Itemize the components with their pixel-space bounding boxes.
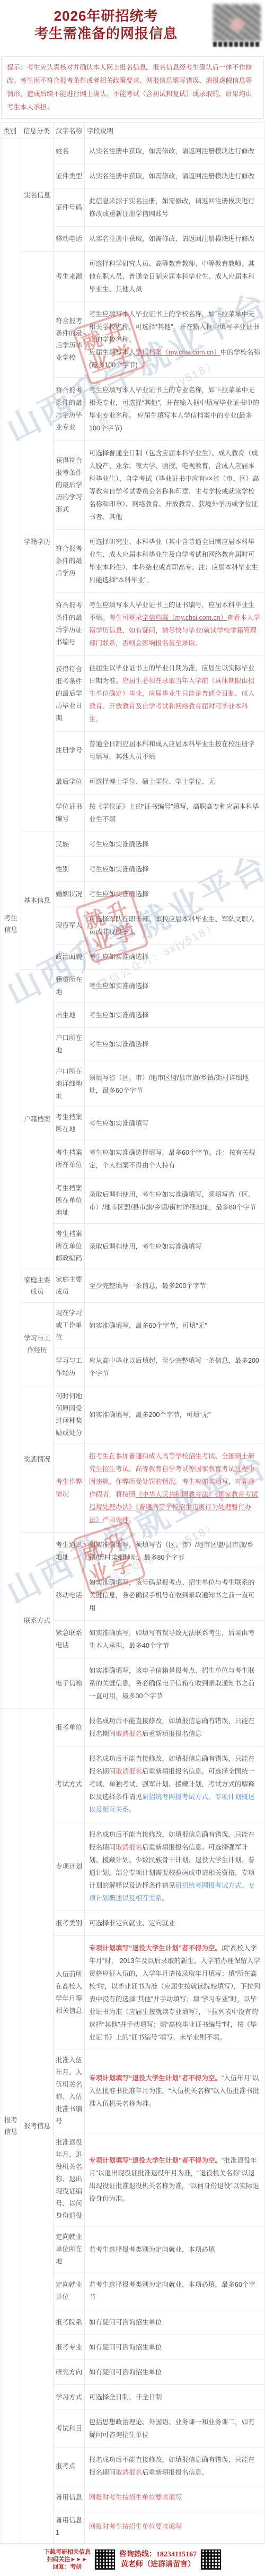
- field-desc-cell: 至少完整填写一条信息，最多200个字节: [85, 1269, 265, 1303]
- field-name-cell: 符合报考条件的最后学历毕业专业: [54, 378, 85, 441]
- text-segment: 录取后调档使用，考生应如实准确填写，须填写省（区、市）/地市区盟/县市旗/乡镇/…: [89, 1191, 256, 1211]
- field-desc-cell: 如实准确填写，该电子信箱是报考点、招生单位与考生联系的关键信息，务必确保电子信箱…: [85, 1658, 265, 1709]
- field-name-cell: 批准退役年月、退役机关名称、退出现役证编号、以何身份退役: [54, 2132, 85, 2227]
- group-cell: 学籍学历: [21, 252, 54, 832]
- field-name-cell: 专项计划: [54, 1822, 85, 1911]
- field-desc-cell: 从实名注册中获取，如需修改，请返回注册模块进行修改: [85, 227, 265, 252]
- field-desc-cell: 考生应如实准确选择: [85, 945, 265, 970]
- info-table: 类别 信息分类 汉字名称 字段说明 考生信息实名信息姓名从实名注册中获取，如需修…: [1, 122, 265, 2544]
- field-name-cell: 报考院系: [54, 2310, 85, 2335]
- page-header: 2026年研招统考 考生需准备的网报信息: [0, 0, 265, 54]
- text-segment: 如有疑问可咨询招生单位: [89, 2368, 162, 2376]
- field-desc-cell: 包括思想政治理论、外国语、业务课一和业务课二，如有疑问可咨询招生单位: [85, 2410, 265, 2448]
- page-title-line1: 2026年研招统考: [0, 7, 212, 25]
- field-desc-cell: 指考生在参加普通和成人高等学校招生考试、全国硕士研究生招生考试、高等教育自学考试…: [85, 1444, 265, 1533]
- table-row: 奖惩情况何时何地何原因受过何种奖励或处分如实准确填写，最多200个字节，可填“无…: [1, 1386, 265, 1444]
- inline-link[interactable]: 《中华人民共和国教育法》: [136, 1491, 215, 1498]
- field-name-cell: 报考单位: [54, 1709, 85, 1747]
- text-segment: 考生应如实准确填写: [89, 1120, 149, 1127]
- field-name-cell: 移动电话: [54, 227, 85, 252]
- text-segment: 后重新填报报名信息: [142, 1730, 202, 1737]
- field-name-cell: 考生来源: [54, 252, 85, 302]
- field-desc-cell: 考生应如实准确选择: [85, 832, 265, 857]
- group-cell: 联系方式: [21, 1533, 54, 1709]
- field-desc-cell: 如有疑问可咨询招生单位: [85, 2310, 265, 2335]
- text-segment: 考生应填写本人毕业证书上的专业名称，如下拉菜单中无相关专业，可选择“其他”，并在…: [89, 386, 259, 432]
- hotline-text: 咨询热线：18234115167 黄老师（进群请留言）: [119, 2549, 197, 2570]
- table-row: 学习与工作经历现在学习或工作单位如实准确填写，最多60个字节，可填“无”: [1, 1303, 265, 1348]
- text-segment: 考生应如实准确选择: [89, 1041, 149, 1048]
- table-row: 家庭主要成员家庭主要成员至少完整填写一条信息，最多200个字节: [1, 1269, 265, 1303]
- field-name-cell: 电子信箱: [54, 1658, 85, 1709]
- text-segment: 取消报名: [116, 1844, 142, 1851]
- text-segment: 录取后调档使用，考生应如实准确填写: [89, 1243, 202, 1250]
- field-name-cell: 入伍前所在高校入学年月等相关信息: [54, 1936, 85, 2050]
- text-segment: 网报时考生按招生单位要求填写: [89, 2523, 182, 2530]
- text-segment: 。: [162, 1895, 169, 1902]
- text-segment: 按《学位证》上的“证书编号”填写，高职高专和应届本科毕业生不填: [89, 803, 259, 823]
- notice-box: 提示：考生应认真核对并确认本人网上报名信息。报名信息经考生确认后一律不作修改。考…: [1, 56, 264, 119]
- field-name-cell: 考生档案所在单位: [54, 1140, 85, 1178]
- qr-code-contact: [201, 2549, 221, 2570]
- text-segment: 如实准确填写，如填写有误导致无法联系考生，后果由考生本人承担，最多40个字节: [89, 1629, 255, 1649]
- field-desc-cell: 考生应填写本人毕业证书上的学校名称，如下拉菜单中无相关学校名称，可选择“其他”，…: [85, 302, 265, 378]
- field-desc-cell: 报名成功后不能直接修改，如填报信息确有错误，只能在报名期间取消报名后重新填报报名…: [85, 2448, 265, 2485]
- text-segment: 后重新填报报名信息。: [142, 2469, 208, 2476]
- field-desc-cell: 考生应如实准确填写: [85, 1107, 265, 1140]
- field-name-cell: 考生档案所在单位邮政编码: [54, 1224, 85, 1269]
- field-name-cell: 考试科目: [54, 2410, 85, 2448]
- text-segment: 若考生选择报考类别为定向就业，本项必填，最多60个字节: [89, 2281, 255, 2301]
- field-desc-cell: 专项计划填写“退役大学生计划”者不得为空。“批准退役年月”以退出现役证批准退役年…: [85, 2132, 265, 2227]
- field-name-cell: 获得符合报考条件的最后学历的学习形式: [54, 441, 85, 530]
- field-desc-cell: 按《学位证》上的“证书编号”填写，高职高专和应届本科毕业生不填: [85, 794, 265, 832]
- field-desc-cell: 若考生选择报考类别为定向就业，本项必填: [85, 2227, 265, 2272]
- field-name-cell: 证件号码: [54, 189, 85, 227]
- field-desc-cell: 应从高中毕业以后填起，至少完整填写一条信息，最多200个字节: [85, 1348, 265, 1386]
- blurred-qr-photo: [213, 4, 261, 41]
- header-info-class: 信息分类: [21, 123, 54, 139]
- text-segment: 严肃处理。: [102, 1516, 136, 1524]
- page-title-line2: 考生需准备的网报信息: [0, 25, 212, 42]
- text-segment: 考生应如实准确选择: [89, 866, 149, 873]
- text-segment: 取消报名: [116, 2469, 142, 2476]
- field-name-cell: 报考点: [54, 2448, 85, 2485]
- field-desc-cell: 如实准确填写，最多200个字节，可填“无”: [85, 1386, 265, 1444]
- field-name-cell: 家庭主要成员: [54, 1269, 85, 1303]
- text-segment: 至少完整填写一条信息，最多200个字节: [89, 1282, 206, 1290]
- field-desc-cell: 普通全日制应届本科和成人应届本科毕业生按在校注册学号填写，其他人员不填: [85, 732, 265, 770]
- field-name-cell: 定向就业单位: [54, 2272, 85, 2310]
- field-name-cell: 紧急联系电话: [54, 1621, 85, 1658]
- page: 2026年研招统考 考生需准备的网报信息 提示：考生应认真核对并确认本人网上报名…: [0, 0, 265, 2576]
- hotline-label: 咨询热线：: [119, 2551, 156, 2558]
- field-desc-cell: 可选择普通全日制（包含应届本科毕业生）、成人教育（成人脱产、业余、夜大学、函授、…: [85, 441, 265, 530]
- field-name-cell: 符合报考条件的最后学历毕业学校: [54, 302, 85, 378]
- text-segment: 如实准确填写，该号码是报考点、招生单位与考生联系的关键信息，务必确保手机号在收到…: [89, 1579, 255, 1612]
- field-desc-cell: 考生应如实准确选择填写，最多60个字节。注：按有关规定，个人档案不得由个人持有: [85, 1140, 265, 1178]
- text-segment: 专项计划填写“退役大学生计划”者不得为空。: [89, 2074, 222, 2082]
- field-name-cell: 注册学号: [54, 732, 85, 770]
- page-title: 2026年研招统考 考生需准备的网报信息: [0, 7, 212, 42]
- blurred-caption: [213, 42, 261, 47]
- follow-text: 下载考研相关信息 扫码关注►►► 回复：考研: [44, 2548, 91, 2571]
- text-segment: 从实名注册中获取，如需修改，请返回注册模块进行修改: [89, 235, 255, 243]
- hotline-line: 咨询热线：18234115167: [119, 2549, 197, 2560]
- text-segment: 专项计划填写“退役大学生计划”者不得为空。: [89, 1944, 222, 1952]
- table-row: 学籍学历考生来源可选择科学研究人员、高等教育教师、中等教育教师、其他在职人员、普…: [1, 252, 265, 302]
- field-name-cell: 备用信息1: [54, 2510, 85, 2544]
- field-desc-cell: 专项计划填写“退役大学生计划”者不得为空。填“高校入学年月”时， 2013年及以…: [85, 1936, 265, 2050]
- text-segment: 考生应如实准确选择: [89, 953, 149, 961]
- table-row: 考生信息实名信息姓名从实名注册中获取，如需修改，请返回注册模块进行修改: [1, 139, 265, 164]
- text-segment: 如实准确填写，最多60个字节，可填“无”: [89, 1322, 207, 1329]
- field-name-cell: 研究方向: [54, 2360, 85, 2385]
- field-desc-cell: 考生应如实准确选择: [85, 882, 265, 907]
- field-desc-cell: 可选择研究生、本科毕业（其中含普通全日制应届本科毕业生、成人应届本科毕业生及自学…: [85, 530, 265, 593]
- text-segment: 从实名注册中获取，如需修改，请返回注册模块进行修改: [89, 148, 255, 155]
- field-name-cell: 现在学习或工作单位: [54, 1303, 85, 1348]
- field-name-cell: 报考专业: [54, 2335, 85, 2360]
- field-name-cell: 姓名: [54, 139, 85, 164]
- group-cell: 户籍档案: [21, 970, 54, 1269]
- field-name-cell: 最后学位: [54, 770, 85, 794]
- field-desc-cell: 考生应如实准确选择: [85, 1003, 265, 1028]
- field-name-cell: 考生档案所在地: [54, 1107, 85, 1140]
- field-name-cell: 政治面貌: [54, 945, 85, 970]
- field-desc-cell: 录取后调档使用，考生应如实准确填写: [85, 1224, 265, 1269]
- field-name-cell: 现役军人: [54, 907, 85, 945]
- field-name-cell: 学习与工作经历: [54, 1348, 85, 1386]
- field-desc-cell: 考生应填写本人毕业证书上的专业名称，如下拉菜单中无相关专业，可选择“其他”，并在…: [85, 378, 265, 441]
- text-segment: 如实准确填写，该电子信箱是报考点、招生单位与考生联系的关键信息，务必确保电子信箱…: [89, 1667, 255, 1700]
- field-name-cell: 报考类别: [54, 1911, 85, 1936]
- text-segment: 应届生填写本人: [89, 349, 136, 356]
- field-desc-cell: 可选择博士学位、硕士学位、学士学位、无: [85, 770, 265, 794]
- field-name-cell: 性别: [54, 857, 85, 882]
- text-segment: 考生应如实准确选择: [89, 891, 149, 898]
- field-desc-cell: 可选择科学研究人员、高等教育教师、中等教育教师、其他在职人员、普通全日制应届本科…: [85, 252, 265, 302]
- field-desc-cell: 如实准确填写，该号码是报考点、招生单位与考生联系的关键信息，务必确保手机号在收到…: [85, 1570, 265, 1621]
- field-desc-cell: 录取后调档使用，考生应如实准确填写，须填写省（区、市）/地市区盟/县市旗/乡镇/…: [85, 1178, 265, 1224]
- field-name-cell: 证件类型: [54, 164, 85, 189]
- field-desc-cell: 报名成功后不能直接修改，如填报信息确有错误，只能在报名期间取消报名后重新填报报名…: [85, 1822, 265, 1911]
- text-segment: 可选择非定向就业、定向就业: [89, 1920, 175, 1927]
- text-segment: 可选择军队在职干部、军校应届本科毕业生、军队文职人员或非现役军人: [89, 915, 255, 936]
- field-desc-cell: 如实准确填写，须填写省（区、市）/地市区盟/县市旗/乡镇/街村详细地址，最多80…: [85, 1533, 265, 1570]
- field-name-cell: 考生通讯地址: [54, 1533, 85, 1570]
- text-segment: 考生可登录: [109, 614, 143, 621]
- field-name-cell: 备用信息: [54, 2485, 85, 2510]
- field-desc-cell: 网报时考生按招生单位要求填写: [85, 2485, 265, 2510]
- header-category: 类别: [1, 123, 21, 139]
- field-desc-cell: 如有疑问可咨询招生单位: [85, 2335, 265, 2360]
- text-segment: 网报时考生按招生单位要求填写: [89, 2494, 182, 2501]
- text-segment: 考生应如实准确选择: [89, 841, 149, 848]
- hotline-number: 18234115167: [156, 2551, 197, 2558]
- text-segment: 考生应如实准确选择: [89, 1012, 149, 1019]
- table-row: 报考信息报考信息报考单位报名成功后不能直接修改，如填报信息确有错误，只能在报名期…: [1, 1709, 265, 1747]
- text-segment: 如有疑问可咨询招生单位: [89, 2344, 162, 2351]
- group-cell: 家庭主要成员: [21, 1269, 54, 1303]
- field-name-cell: 考试方式: [54, 1747, 85, 1822]
- text-segment: 须填写省（区、市）/地市区盟/县市旗/乡镇/街村详细地址，最多60个字节: [89, 1074, 249, 1094]
- field-name-cell: 户口所在地: [54, 1028, 85, 1061]
- text-segment: 可选择科学研究人员、高等教育教师、中等教育教师、其他在职人员、普通全日制应届本科…: [89, 260, 255, 293]
- field-name-cell: 定向就业单位所在地: [54, 2227, 85, 2272]
- group-cell: 基本信息: [21, 832, 54, 970]
- text-segment: 应从高中毕业以后填起，至少完整填写一条信息，最多200个字节: [89, 1357, 259, 1377]
- field-desc-cell: 若考生选择报考类别为定向就业，本项必填，最多60个字节: [85, 2272, 265, 2310]
- field-desc-cell: 专项计划填写“退役大学生计划”者不得为空。“入伍年月”以入伍批准书批准年月为准，…: [85, 2050, 265, 2132]
- text-segment: 填“高校入学年月”时， 2013年及以后录取的新生，入学前办理保留入学资格应征入…: [89, 1944, 260, 2041]
- field-desc-cell: 从实名注册中获取，如需修改，请返回注册模块进行修改: [85, 164, 265, 189]
- field-name-cell: 符合报考条件的最后学历: [54, 530, 85, 593]
- text-segment: 考生应填写本人毕业证书上的学校名称，如下拉菜单中无相关学校名称，可选择“其他”，…: [89, 310, 259, 343]
- text-segment: 可选择全日制、非全日制: [89, 2393, 162, 2401]
- field-desc-cell: 往届生以毕业证书上的毕业日期为准，应届生以实际毕业日期为准。应届生必须在录取当年…: [85, 656, 265, 732]
- contact-line: 黄老师（进群请留言）: [119, 2560, 197, 2570]
- text-segment: 若考生选择报考类别为定向就业，本项必填: [89, 2246, 215, 2253]
- field-desc-cell: 从实名注册中获取，如需修改，请返回注册模块进行修改: [85, 139, 265, 164]
- field-name-cell: 籍贯所在地: [54, 970, 85, 1003]
- header-field-name: 汉字名称: [54, 123, 85, 139]
- field-name-cell: 移动电话: [54, 1570, 85, 1621]
- group-cell: 实名信息: [21, 139, 54, 252]
- follow-line3: 回复：考研: [44, 2563, 91, 2571]
- follow-line1: 下载考研相关信息: [44, 2548, 91, 2556]
- field-name-cell: 婚姻状况: [54, 882, 85, 907]
- text-segment: 可选择研究生、本科毕业（其中含普通全日制应届本科毕业生、成人应届本科毕业生及自学…: [89, 538, 258, 584]
- field-desc-cell: 报名成功后不能直接修改，如填报信息确有错误，只能在报名期间取消报名后重新填报报名…: [85, 1747, 265, 1822]
- field-desc-cell: 报名成功后不能直接修改，如填报信息确有错误，只能在报名期间取消报名后重新填报报名…: [85, 1709, 265, 1747]
- field-desc-cell: 考生应如实准确选择: [85, 1028, 265, 1061]
- text-segment: 考生应如实准确选择填写，最多60个字节。注：按有关规定，个人档案不得由个人持有: [89, 1149, 255, 1169]
- field-name-cell: 符合报考条件的最后学历证书编号: [54, 593, 85, 656]
- field-name-cell: 学习方式: [54, 2385, 85, 2410]
- text-segment: 此信息来源于实名注册，如需修改，请返回注册模块进行修改或重新注册学信网账号: [89, 197, 255, 218]
- field-name-cell: 何时何地何原因受过何种奖励或处分: [54, 1386, 85, 1444]
- field-name-cell: 出生地: [54, 1003, 85, 1028]
- table-row: 联系方式考生通讯地址如实准确填写，须填写省（区、市）/地市区盟/县市旗/乡镇/街…: [1, 1533, 265, 1570]
- text-segment: 包括思想政治理论、外国语、业务课一和业务课二，如有疑问可咨询招生单位: [89, 2418, 255, 2439]
- inline-link[interactable]: 学信档案（my.chsi.com.cn）: [142, 614, 227, 621]
- field-name-cell: 获得符合报考条件的最后学历毕业日期: [54, 656, 85, 732]
- field-name-cell: 学位证书编号: [54, 794, 85, 832]
- text-segment: 可选择普通全日制（包含应届本科毕业生）、成人教育（成人脱产、业余、夜大学、函授、…: [89, 449, 259, 521]
- text-segment: 取消报名: [116, 1730, 142, 1737]
- text-segment: 考生应如实准确选择: [89, 982, 149, 990]
- text-segment: 如有疑问可咨询招生单位: [89, 2319, 162, 2326]
- field-desc-cell: 考生应如实准确选择: [85, 857, 265, 882]
- field-name-cell: 批准入伍年月、入伍机关名称、入伍批准书编号: [54, 2050, 85, 2132]
- text-segment: 普通全日制应届本科和成人应届本科毕业生按在校注册学号填写，其他人员不填: [89, 740, 255, 760]
- group-cell: 奖惩情况: [21, 1386, 54, 1533]
- text-segment: 从实名注册中获取，如需修改，请返回注册模块进行修改: [89, 172, 255, 180]
- field-desc-cell: 如实准确填写，如填写有误导致无法联系考生，后果由考生本人承担，最多40个字节: [85, 1621, 265, 1658]
- field-desc-cell: 可选择全日制、非全日制: [85, 2385, 265, 2410]
- field-desc-cell: 可选择非定向就业、定向就业: [85, 1911, 265, 1936]
- field-desc-cell: 网报时考生按招生单位要求填写: [85, 2510, 265, 2544]
- field-name-cell: 考生作弊情况: [54, 1444, 85, 1533]
- text-segment: 专项计划填写“退役大学生计划”者不得为空。: [89, 2157, 222, 2164]
- text-segment: 如实准确填写，须填写省（区、市）/地市区盟/县市旗/乡镇/街村详细地址，最多80…: [89, 1541, 253, 1561]
- field-desc-cell: 须填写省（区、市）/地市区盟/县市旗/乡镇/街村详细地址，最多60个字节: [85, 1061, 265, 1107]
- page-footer: 下载考研相关信息 扫码关注►►► 回复：考研 咨询热线：18234115167 …: [0, 2544, 265, 2576]
- qr-code-follow: [95, 2549, 115, 2570]
- text-segment: 如实准确填写，最多200个字节，可填“无”: [89, 1411, 210, 1419]
- table-row: 户籍档案籍贯所在地考生应如实准确选择: [1, 970, 265, 1003]
- field-desc-cell: 考生应填写本人毕业证书上的证书编号，应届本科毕业生不填。考生可登录学信档案（my…: [85, 593, 265, 656]
- field-name-cell: 民族: [54, 832, 85, 857]
- text-segment: 取消报名: [116, 1768, 142, 1775]
- field-desc-cell: 如有疑问可咨询招生单位: [85, 2360, 265, 2385]
- follow-line2: 扫码关注►►►: [44, 2556, 91, 2563]
- text-segment: 可选择博士学位、硕士学位、学士学位、无: [89, 778, 215, 785]
- inline-link[interactable]: 学信档案（my.chsi.com.cn）: [136, 349, 220, 356]
- group-cell: 学习与工作经历: [21, 1303, 54, 1386]
- field-desc-cell: 考生应如实准确选择: [85, 970, 265, 1003]
- category-cell: 考生信息: [1, 139, 21, 1709]
- field-desc-cell: 如实准确填写，最多60个字节，可填“无”: [85, 1303, 265, 1348]
- field-name-cell: 户口所在地详细地址: [54, 1061, 85, 1107]
- field-desc-cell: 此信息来源于实名注册，如需修改，请返回注册模块进行修改或重新注册学信网账号: [85, 189, 265, 227]
- text-segment: 。: [129, 1806, 136, 1813]
- group-cell: 报考信息: [21, 1709, 54, 2544]
- table-header-row: 类别 信息分类 汉字名称 字段说明: [1, 123, 265, 139]
- header-field-desc: 字段说明: [85, 123, 265, 139]
- table-row: 基本信息民族考生应如实准确选择: [1, 832, 265, 857]
- field-desc-cell: 可选择军队在职干部、军校应届本科毕业生、军队文职人员或非现役军人: [85, 907, 265, 945]
- category-cell: 报考信息: [1, 1709, 21, 2544]
- field-name-cell: 考生档案所在单位地址: [54, 1178, 85, 1224]
